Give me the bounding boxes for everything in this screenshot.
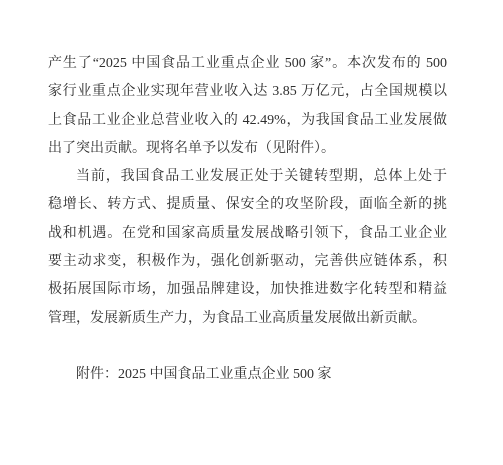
text-line: 战和机遇。在党和国家高质量发展战略引领下，食品工业企业 [48, 220, 447, 248]
document-page: 产生了“2025 中国食品工业重点企业 500 家”。本次发布的 500家行业重… [0, 0, 503, 465]
text-line: 极拓展国际市场，加强品牌建设，加快推进数字化转型和精益 [48, 276, 447, 304]
text-line: 当前，我国食品工业发展正处于关键转型期，总体上处于 [48, 163, 447, 191]
paragraph-announcement: 产生了“2025 中国食品工业重点企业 500 家”。本次发布的 500家行业重… [48, 50, 447, 163]
text-line: 要主动求变，积极作为，强化创新驱动，完善供应链体系，积 [48, 248, 447, 276]
text-line: 出了突出贡献。现将名单予以发布（见附件）。 [48, 135, 447, 163]
attachment-line: 附件：2025 中国食品工业重点企业 500 家 [48, 361, 447, 389]
text-line: 稳增长、转方式、提质量、保安全的攻坚阶段，面临全新的挑 [48, 191, 447, 219]
text-line: 管理，发展新质生产力，为食品工业高质量发展做出新贡献。 [48, 305, 447, 333]
paragraph-outlook: 当前，我国食品工业发展正处于关键转型期，总体上处于稳增长、转方式、提质量、保安全… [48, 163, 447, 333]
text-line: 家行业重点企业实现年营业收入达 3.85 万亿元，占全国规模以 [48, 78, 447, 106]
text-line: 产生了“2025 中国食品工业重点企业 500 家”。本次发布的 500 [48, 50, 447, 78]
text-line: 上食品工业企业总营业收入的 42.49%，为我国食品工业发展做 [48, 107, 447, 135]
document-body: 产生了“2025 中国食品工业重点企业 500 家”。本次发布的 500家行业重… [48, 50, 447, 390]
text-line: 附件：2025 中国食品工业重点企业 500 家 [48, 361, 447, 389]
